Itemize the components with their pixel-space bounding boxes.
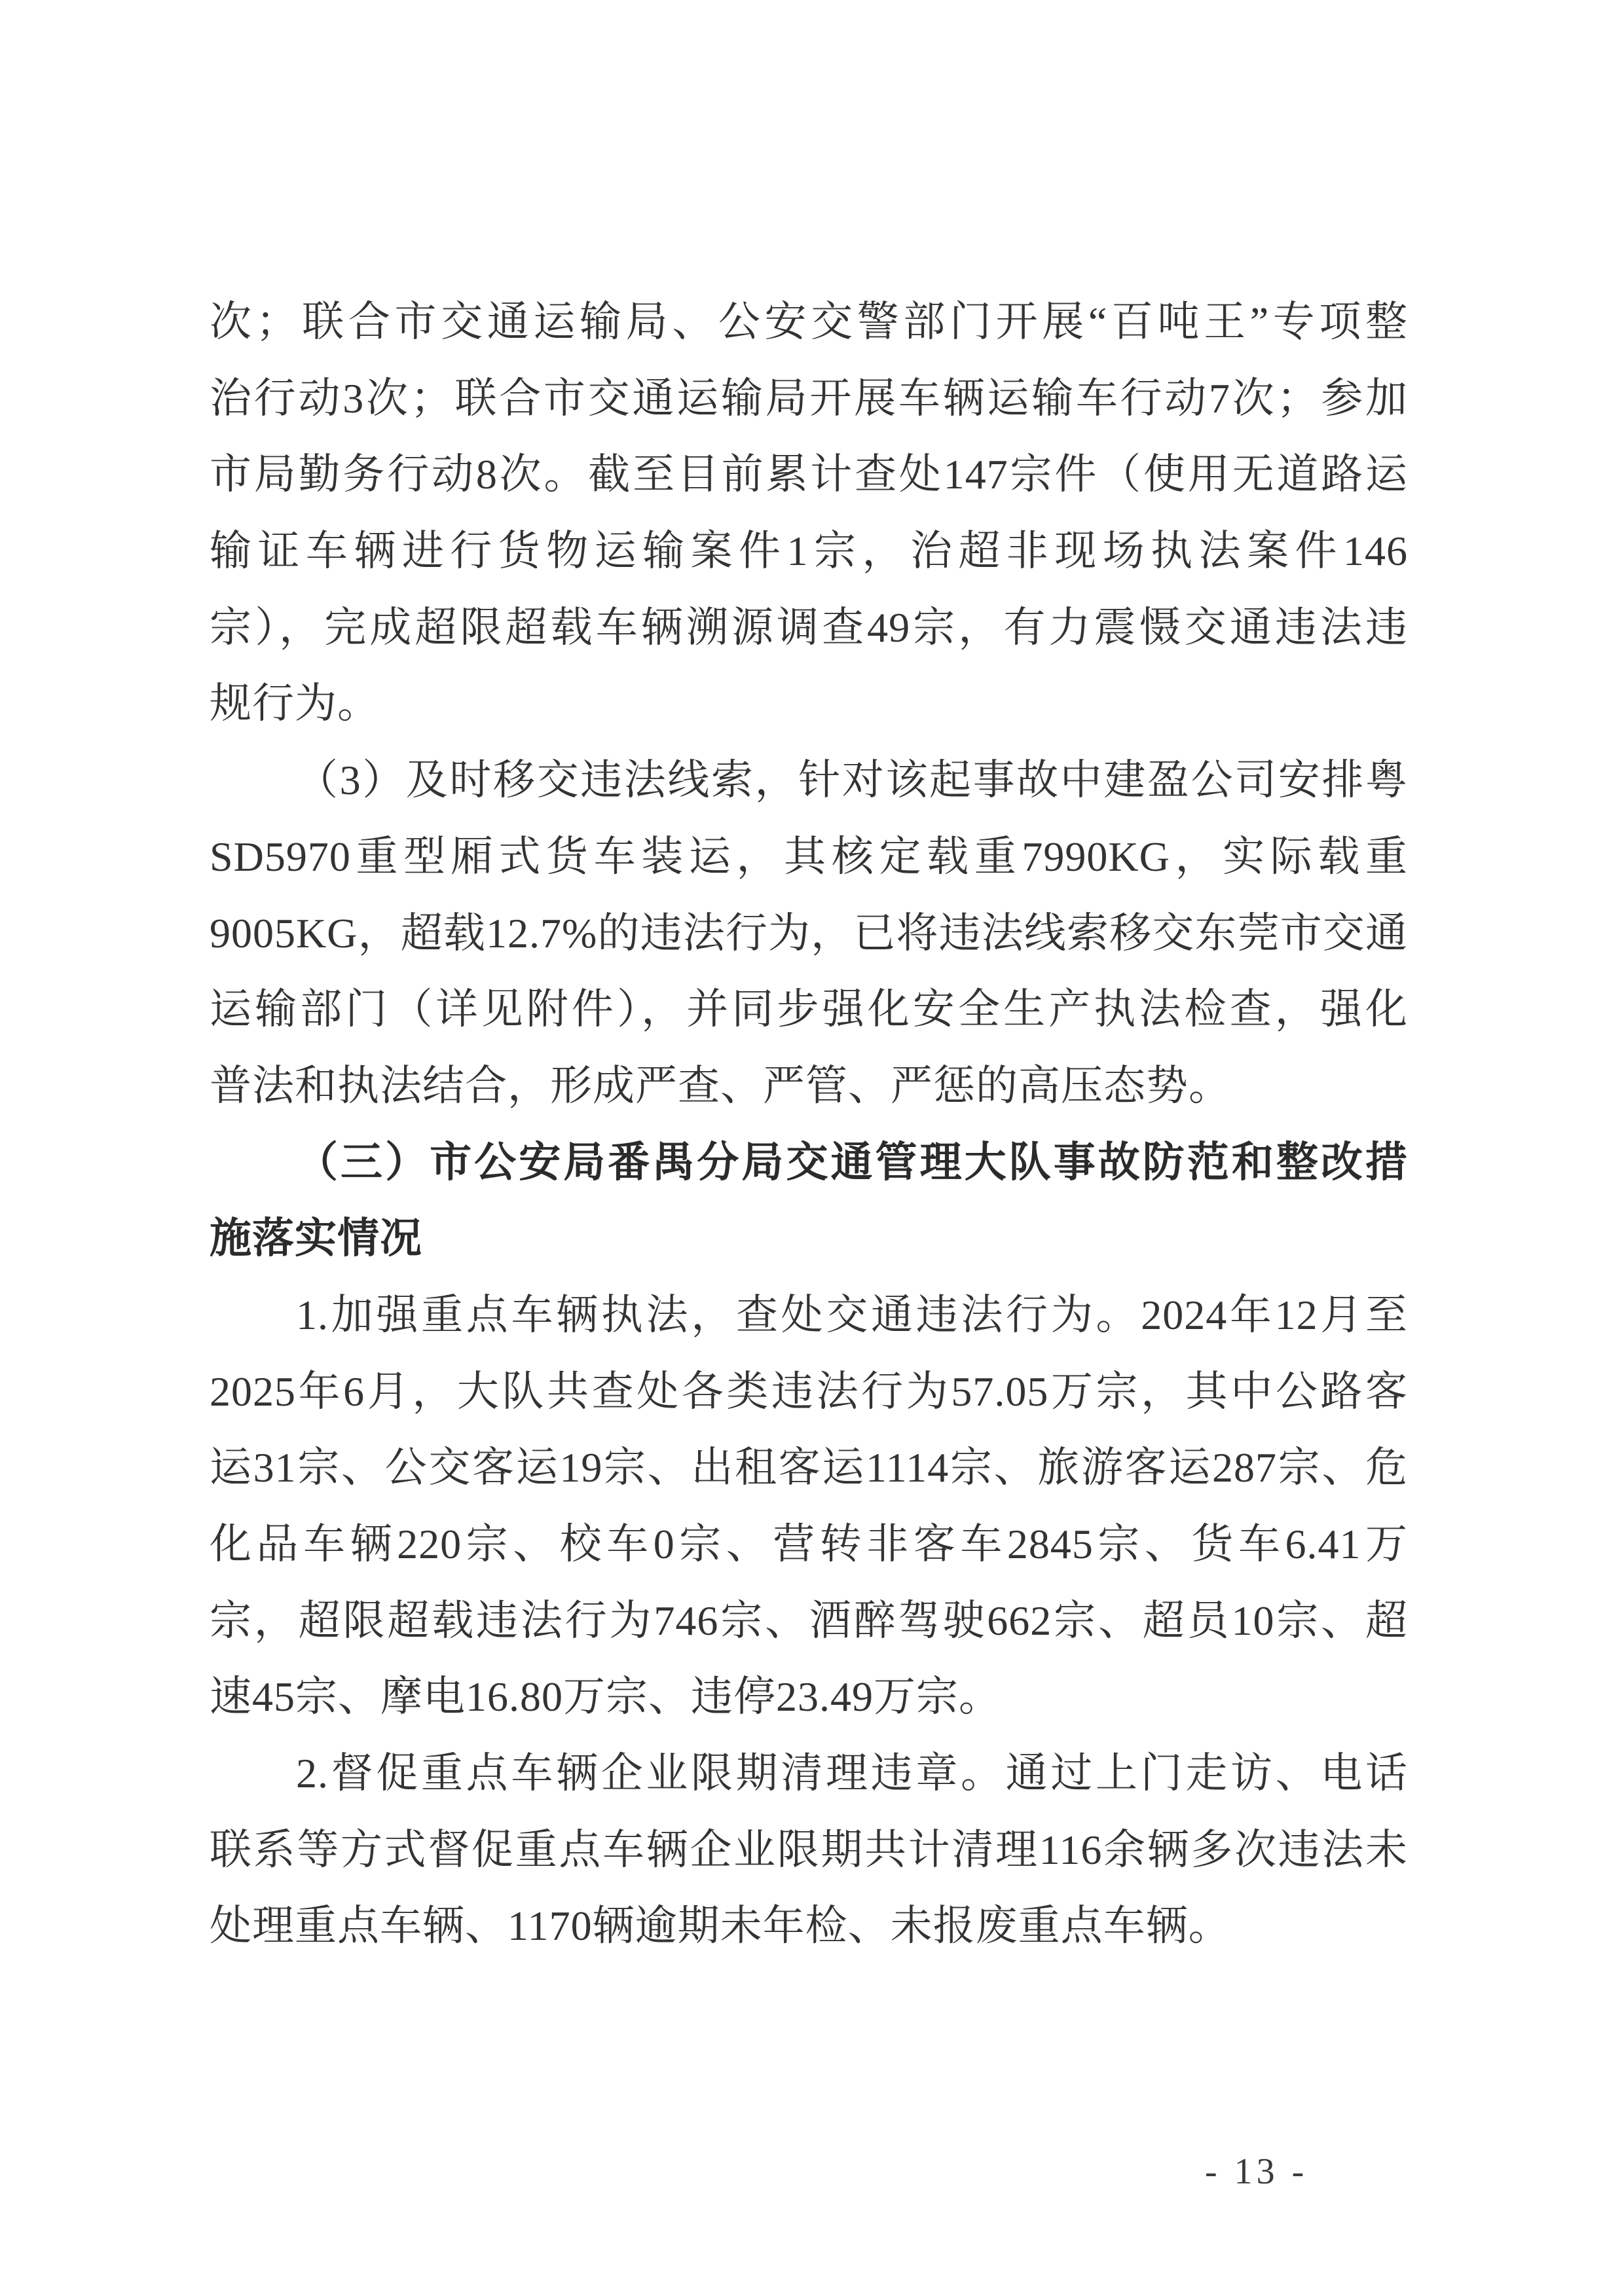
paragraph-start-line: （3）及时移交违法线索，针对该起事故中建盈公司安排粤	[210, 742, 1408, 819]
paragraph-start-line: 1.加强重点车辆执法，查处交通违法行为。2024年12月至	[210, 1277, 1408, 1354]
text-line: 运输部门（详见附件），并同步强化安全生产执法检查，强化	[210, 972, 1408, 1048]
paragraph-end-line: 规行为。	[210, 666, 1408, 742]
text-line: 次；联合市交通运输局、公安交警部门开展“百吨王”专项整	[210, 284, 1408, 361]
text-line: 联系等方式督促重点车辆企业限期共计清理116余辆多次违法未	[210, 1812, 1408, 1889]
page-number: - 13 -	[1205, 2142, 1308, 2201]
text-line: SD5970重型厢式货车装运，其核定载重7990KG，实际载重	[210, 819, 1408, 896]
text-line: 9005KG，超载12.7%的违法行为，已将违法线索移交东莞市交通	[210, 896, 1408, 972]
paragraph-end-line: 速45宗、摩电16.80万宗、违停23.49万宗。	[210, 1659, 1408, 1736]
text-line: 宗），完成超限超载车辆溯源调查49宗，有力震慑交通违法违	[210, 590, 1408, 666]
text-line: 宗，超限超载违法行为746宗、酒醉驾驶662宗、超员10宗、超	[210, 1583, 1408, 1660]
paragraph-end-line: 处理重点车辆、1170辆逾期未年检、未报废重点车辆。	[210, 1888, 1408, 1965]
paragraph-end-line: 普法和执法结合，形成严查、严管、严惩的高压态势。	[210, 1048, 1408, 1125]
document-page: 次；联合市交通运输局、公安交警部门开展“百吨王”专项整 治行动3次；联合市交通运…	[0, 0, 1624, 2296]
section-heading-line-1: （三）市公安局番禺分局交通管理大队事故防范和整改措	[210, 1125, 1408, 1201]
text-line: 2025年6月，大队共查处各类违法行为57.05万宗，其中公路客	[210, 1354, 1408, 1430]
section-heading-line-2: 施落实情况	[210, 1201, 1408, 1277]
text-line: 治行动3次；联合市交通运输局开展车辆运输车行动7次；参加	[210, 361, 1408, 437]
document-body: 次；联合市交通运输局、公安交警部门开展“百吨王”专项整 治行动3次；联合市交通运…	[210, 284, 1408, 1965]
text-line: 市局勤务行动8次。截至目前累计查处147宗件（使用无道路运	[210, 437, 1408, 513]
text-line: 输证车辆进行货物运输案件1宗，治超非现场执法案件146	[210, 513, 1408, 590]
text-line: 运31宗、公交客运19宗、出租客运1114宗、旅游客运287宗、危	[210, 1430, 1408, 1506]
paragraph-start-line: 2.督促重点车辆企业限期清理违章。通过上门走访、电话	[210, 1736, 1408, 1812]
text-line: 化品车辆220宗、校车0宗、营转非客车2845宗、货车6.41万	[210, 1506, 1408, 1583]
